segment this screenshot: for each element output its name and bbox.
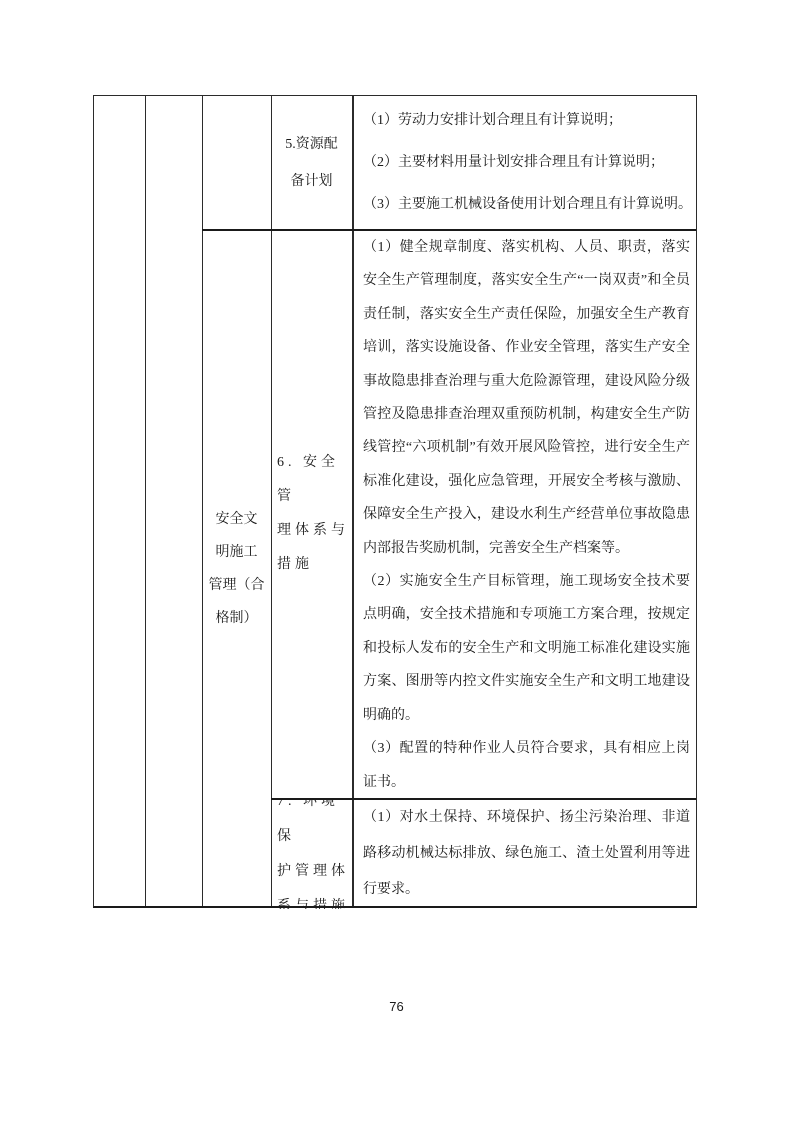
criteria-cell-environment-protection: （1）对水土保持、环境保护、扬尘污染治理、非道路移动机械达标排放、绿色施工、渣土… xyxy=(352,798,698,909)
criteria-paragraph: （2）实施安全生产目标管理，施工现场安全技术要点明确，安全技术措施和专项施工方案… xyxy=(363,565,690,732)
criteria-paragraph: （3）主要施工机械设备使用计划合理且有计算说明。 xyxy=(363,184,690,226)
criteria-cell-safety-management: （1）健全规章制度、落实机构、人员、职责，落实安全生产管理制度，落实安全生产“一… xyxy=(352,229,698,798)
item-label-safety-management: 6. 安全管 理体系与 措施 xyxy=(271,229,352,798)
column-divider xyxy=(145,96,146,906)
criteria-paragraph: （2）主要材料用量计划安排合理且有计算说明； xyxy=(363,142,690,184)
criteria-paragraph: （1）劳动力安排计划合理且有计算说明； xyxy=(363,100,690,142)
category-cell: 安全文 明施工 管理（合 格制） xyxy=(202,229,271,909)
criteria-paragraph: （3）配置的特种作业人员符合要求，具有相应上岗证书。 xyxy=(363,732,690,798)
criteria-table: 安全文 明施工 管理（合 格制） 5.资源配 备计划 （1）劳动力安排计划合理且… xyxy=(93,95,697,908)
criteria-paragraph: （1）健全规章制度、落实机构、人员、职责，落实安全生产管理制度，落实安全生产“一… xyxy=(363,231,690,565)
page-number: 76 xyxy=(0,999,793,1014)
item-label-environment-protection: 7. 环境保 护管理体 系与措施 xyxy=(271,798,352,909)
item-label-resource-plan: 5.资源配 备计划 xyxy=(271,96,352,229)
criteria-paragraph: （1）对水土保持、环境保护、扬尘污染治理、非道路移动机械达标排放、绿色施工、渣土… xyxy=(363,800,690,908)
criteria-cell-resource-plan: （1）劳动力安排计划合理且有计算说明； （2）主要材料用量计划安排合理且有计算说… xyxy=(352,96,698,229)
document-page: 安全文 明施工 管理（合 格制） 5.资源配 备计划 （1）劳动力安排计划合理且… xyxy=(0,0,793,1122)
